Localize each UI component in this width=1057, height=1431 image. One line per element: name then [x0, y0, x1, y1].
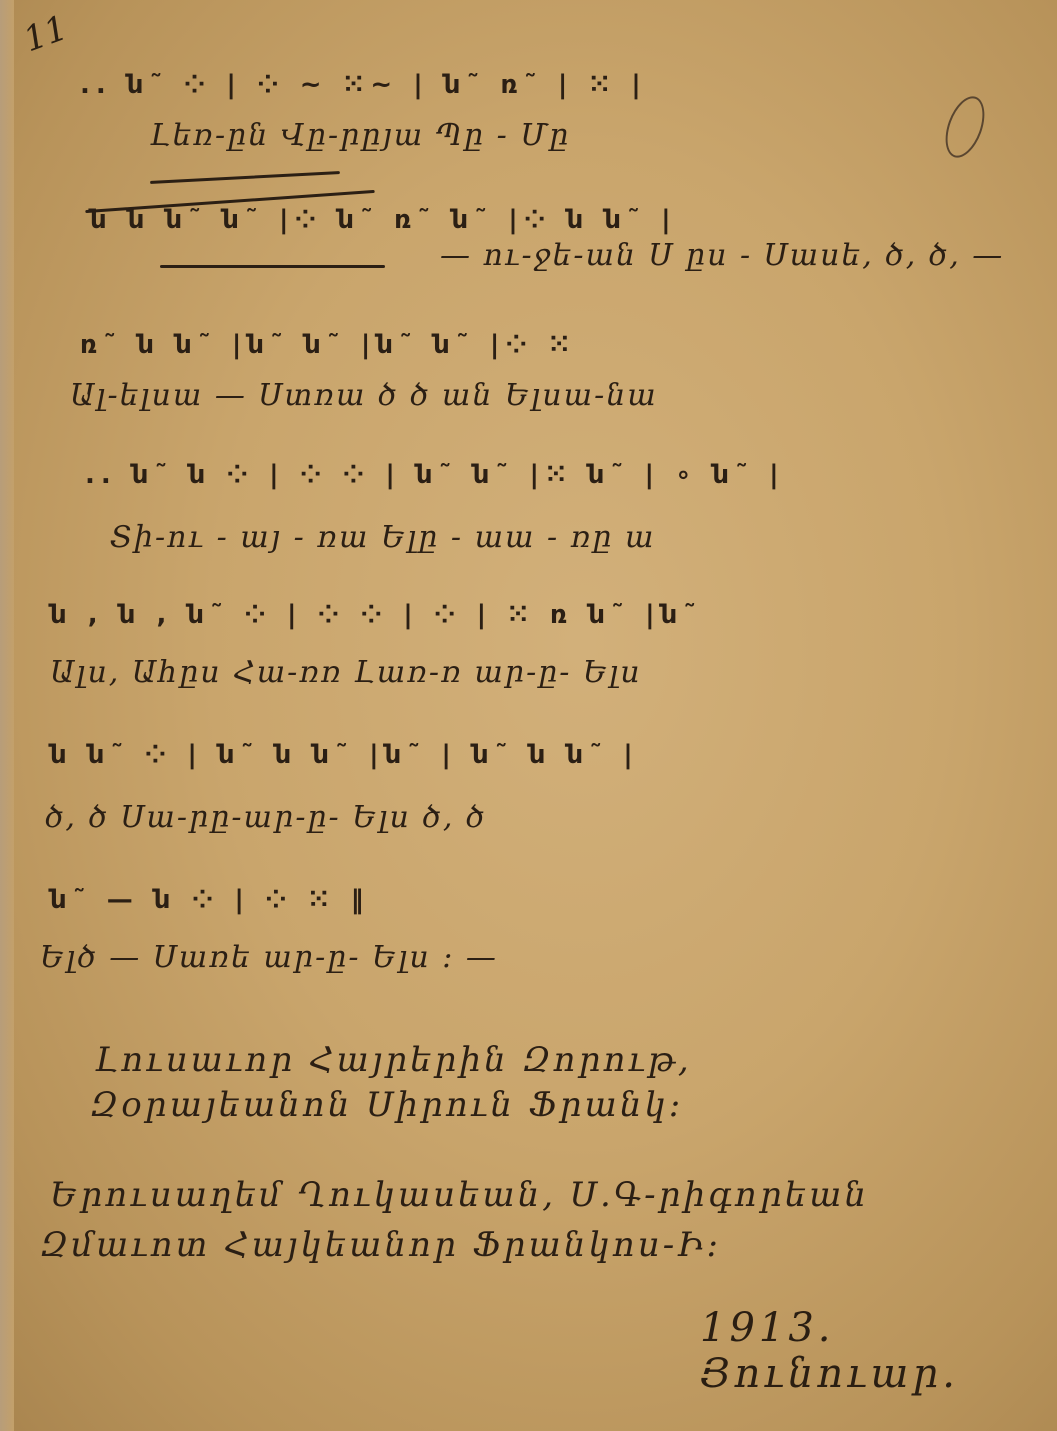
neume-line: ն˜ — ն ⁘ | ⁘ ⁙ ‖ [50, 885, 370, 915]
lyric-line: Ալ-ելսա — Ստռա ծ ծ ան Ելսա-նա [70, 378, 658, 413]
neume-line: ռ˜ ն ն˜ |ն˜ ն˜ |ն˜ ն˜ |⁘ ⁙ [80, 330, 576, 360]
text-block-1-line-2: Զօրայեանոն Սիրուն Ֆրանկ: [90, 1085, 683, 1125]
date: 1913. Յունուար. [700, 1305, 1057, 1397]
neume-line: .. ն˜ ն ⁘ | ⁘ ⁘ | ն˜ ն˜ |⁙ ն˜ | ∘ ն˜ | [85, 460, 785, 490]
lyric-line: — ու-ջե-ան Ս ըս - Սասե, ծ, ծ, — [440, 238, 1004, 273]
text-block-1-line-1: Լուսաւոր Հայրերին Զորութ, [95, 1040, 692, 1080]
page-number: 11 [18, 8, 72, 60]
lyric-line: Տի-ու - այ - ռա Ելը - աա - ռը ա [110, 520, 656, 555]
strike-stroke [150, 171, 340, 184]
underline-stroke [160, 265, 385, 268]
text-block-2-line-2: Զմաւոտ Հայկեանոր Ֆրանկոս-Ի: [40, 1225, 721, 1265]
lyric-line: Ալս, Ահըս Հա-ռռ Լառ-ռ ար-ը- Ելս [50, 655, 642, 690]
text-block-2-line-1: Երուսաղեմ Ղուկասեան, Ս.Գ-րիգորեան [50, 1175, 869, 1215]
circle-annotation [938, 91, 992, 163]
neume-line: ն ն˜ ⁘ | ն˜ ն ն˜ |ն˜ | ն˜ ն ն˜ | [50, 740, 639, 770]
lyric-line: Լեռ-ըն Վը-րըյա Պը - Մը [150, 118, 570, 153]
neume-line: .. ն˜ ⁘ | ⁘ ~ ⁙~ | ն˜ ռ˜ | ⁙ | [80, 70, 647, 100]
lyric-line: Ելծ — Սառե ար-ը- Ելս : — [40, 940, 498, 975]
neume-line: ն ն ն˜ ն˜ |⁘ ն˜ ռ˜ ն˜ |⁘ ն ն˜ | [90, 205, 677, 235]
lyric-line: ծ, ծ Սա-րը-ար-ը- Ելս ծ, ծ [45, 800, 486, 835]
page-edge [0, 0, 14, 1431]
neume-line: ն , ն , ն˜ ⁘ | ⁘ ⁘ | ⁘ | ⁙ ռ ն˜ |ն˜ [50, 600, 702, 630]
